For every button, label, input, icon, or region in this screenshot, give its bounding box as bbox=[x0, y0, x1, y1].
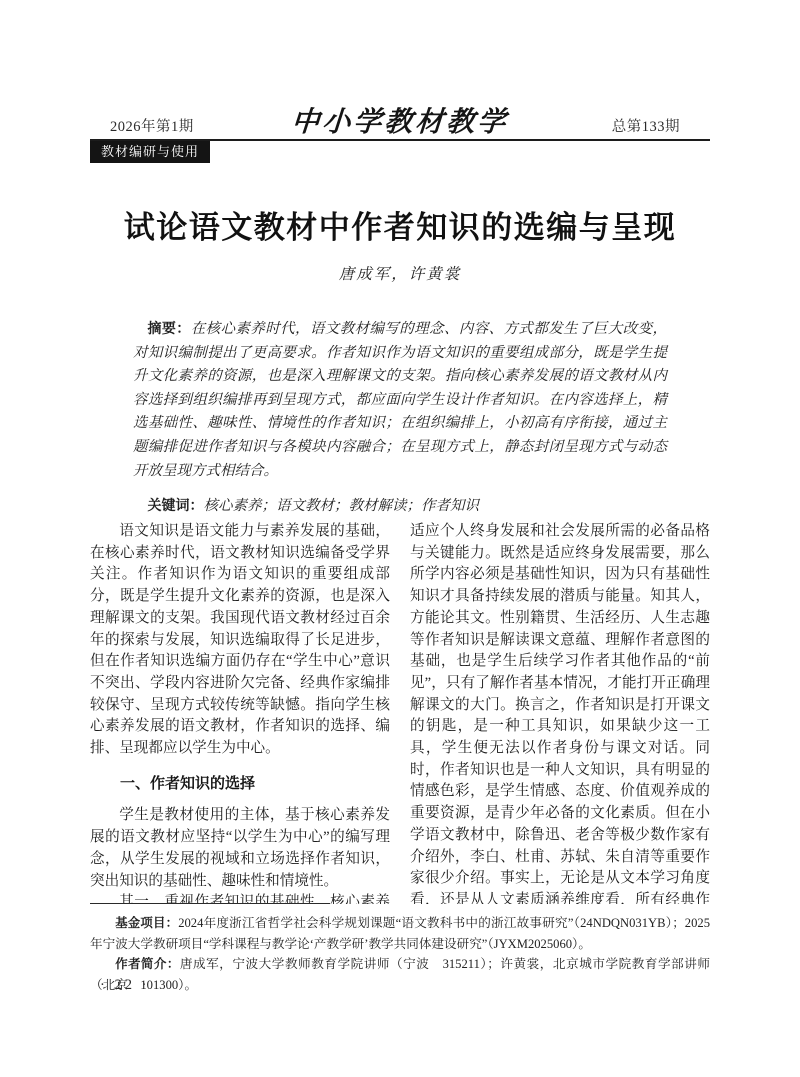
journal-page: 2026年第1期 中小学教材教学 总第133期 教材编研与使用 试论语文教材中作… bbox=[0, 0, 800, 1077]
author-bio-label: 作者简介： bbox=[115, 957, 180, 971]
author-bio-text: 唐成军，宁波大学教师教育学院讲师（宁波 315211）；许黄裳，北京城市学院教育… bbox=[90, 957, 710, 992]
body-column-right: 适应个人终身发展和社会发展所需的必备品格与关键能力。既然是适应终身发展需要，那么… bbox=[410, 521, 710, 904]
fund-project-note: 基金项目：2024年度浙江省哲学社会科学规划课题“语文教科书中的浙江故事研究”（… bbox=[90, 913, 710, 954]
keywords-line: 关键词：核心素养；语文教材；教材解读；作者知识 bbox=[133, 494, 667, 519]
footnotes-block: 基金项目：2024年度浙江省哲学社会科学规划课题“语文教科书中的浙江故事研究”（… bbox=[90, 913, 710, 995]
keywords-label: 关键词： bbox=[148, 497, 204, 513]
article-title: 试论语文教材中作者知识的选编与呈现 bbox=[0, 202, 800, 247]
fund-project-label: 基金项目： bbox=[115, 916, 178, 930]
issue-number-right: 总第133期 bbox=[612, 115, 680, 136]
page-number: · 22 · bbox=[100, 977, 149, 994]
abstract-label: 摘要： bbox=[148, 320, 191, 336]
abstract-paragraph: 摘要：在核心素养时代，语文教材编写的理念、内容、方式都发生了巨大改变，对知识编制… bbox=[133, 317, 667, 483]
abstract-block: 摘要：在核心素养时代，语文教材编写的理念、内容、方式都发生了巨大改变，对知识编制… bbox=[133, 317, 667, 519]
body-paragraph: 语文知识是语文能力与素养发展的基础，在核心素养时代，语文教材知识选编备受学界关注… bbox=[90, 521, 390, 760]
keywords-text: 核心素养；语文教材；教材解读；作者知识 bbox=[204, 498, 480, 514]
journal-title: 中小学教材教学 bbox=[0, 100, 800, 140]
author-bio-note: 作者简介：唐成军，宁波大学教师教育学院讲师（宁波 315211）；许黄裳，北京城… bbox=[90, 954, 710, 995]
footnote-rule bbox=[90, 903, 330, 904]
body-paragraph: 适应个人终身发展和社会发展所需的必备品格与关键能力。既然是适应终身发展需要，那么… bbox=[410, 521, 710, 904]
section-label: 教材编研与使用 bbox=[90, 141, 210, 163]
article-authors: 唐成军，许黄裳 bbox=[0, 262, 800, 284]
body-columns: 语文知识是语文能力与素养发展的基础，在核心素养时代，语文教材知识选编备受学界关注… bbox=[90, 521, 710, 904]
section-heading-1: 一、作者知识的选择 bbox=[90, 773, 390, 795]
body-paragraph: 学生是教材使用的主体，基于核心素养发展的语文教材应坚持“以学生为中心”的编写理念… bbox=[90, 805, 390, 892]
body-column-left: 语文知识是语文能力与素养发展的基础，在核心素养时代，语文教材知识选编备受学界关注… bbox=[90, 521, 390, 904]
abstract-text: 在核心素养时代，语文教材编写的理念、内容、方式都发生了巨大改变，对知识编制提出了… bbox=[133, 321, 667, 479]
fund-project-text: 2024年度浙江省哲学社会科学规划课题“语文教科书中的浙江故事研究”（24NDQ… bbox=[90, 916, 710, 951]
